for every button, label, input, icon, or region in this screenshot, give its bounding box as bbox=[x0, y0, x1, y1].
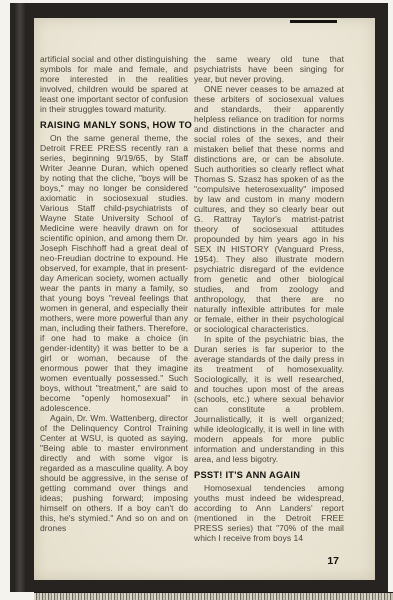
ink-smudge-mark bbox=[290, 20, 337, 23]
spine-gutter-shadow bbox=[15, 3, 25, 592]
paragraph-free-press-series: On the same general theme, the Detroit F… bbox=[40, 133, 188, 413]
section-heading-raising-manly-sons: RAISING MANLY SONS, HOW TO bbox=[40, 120, 188, 130]
page-edges-texture bbox=[34, 592, 393, 600]
section-heading-psst-its-ann-again: PSST! IT'S ANN AGAIN bbox=[194, 470, 344, 480]
paragraph-one-editorial: ONE never ceases to be amazed at these a… bbox=[194, 84, 344, 334]
paragraph-duran-series-praise: In spite of the psychiatric bias, the Du… bbox=[194, 334, 344, 464]
left-column: artificial social and other distinguishi… bbox=[40, 54, 188, 533]
paragraph-ann-landers: Homosexual tendencies among youths must … bbox=[194, 483, 344, 543]
page-number: 17 bbox=[289, 555, 339, 567]
continuation-paragraph: the same weary old tune that psychiatris… bbox=[194, 54, 344, 84]
continuation-paragraph: artificial social and other distinguishi… bbox=[40, 54, 188, 114]
scanned-page: artificial social and other distinguishi… bbox=[0, 0, 393, 600]
paragraph-wattenberg-quote: Again, Dr. Wm. Wattenberg, director of t… bbox=[40, 413, 188, 533]
right-column: the same weary old tune that psychiatris… bbox=[194, 54, 344, 543]
magazine-page: artificial social and other distinguishi… bbox=[34, 18, 375, 580]
